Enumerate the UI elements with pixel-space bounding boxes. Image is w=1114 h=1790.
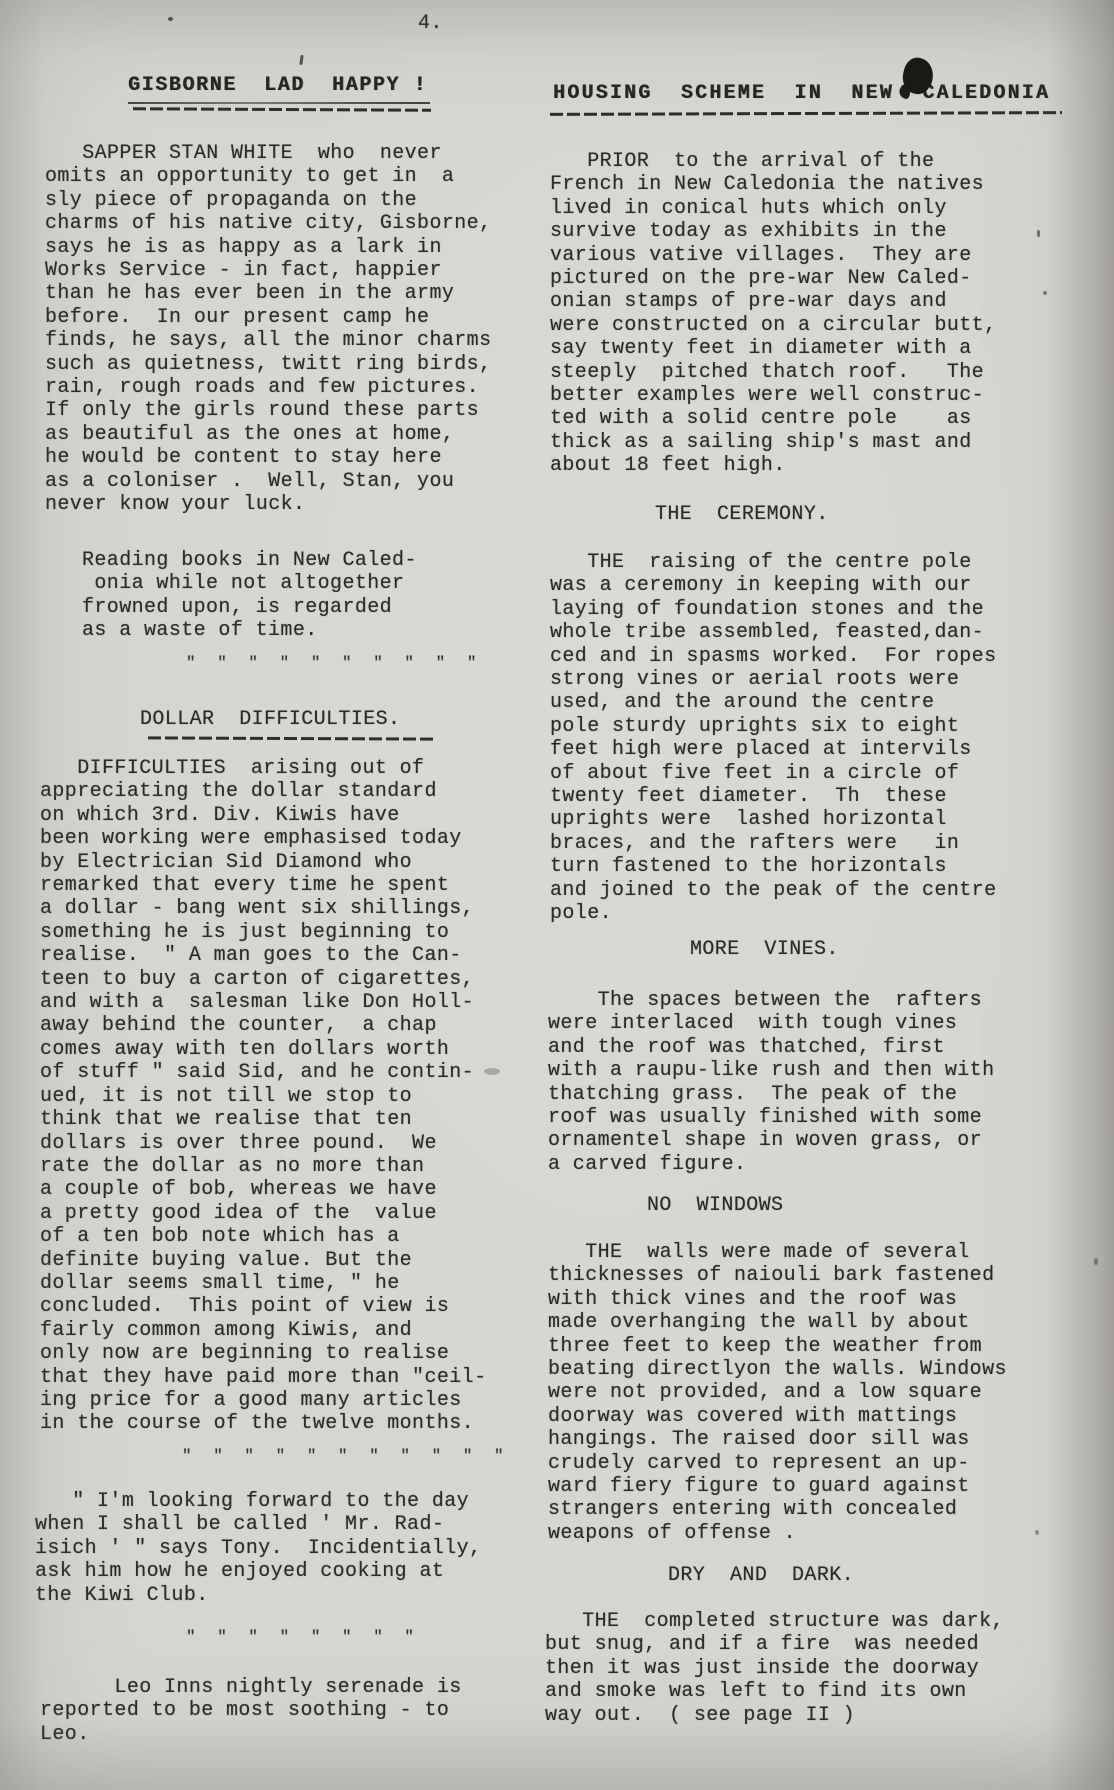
ink-speck bbox=[168, 17, 173, 21]
dry-and-dark-heading: DRY AND DARK. bbox=[668, 1564, 854, 1587]
right-column-title: HOUSING SCHEME IN NEW CALEDONIA bbox=[553, 82, 1050, 105]
section-divider: " " " " " " " " " " bbox=[186, 652, 482, 675]
leo-inns-paragraph: Leo Inns nightly serenade is reported to… bbox=[40, 1676, 462, 1746]
section-divider: " " " " " " " " " " " bbox=[182, 1445, 510, 1468]
ink-speck bbox=[1094, 1258, 1098, 1265]
ink-speck bbox=[1043, 291, 1047, 295]
ceremony-paragraph: THE raising of the centre pole was a cer… bbox=[550, 551, 996, 926]
structure-paragraph: THE completed structure was dark, but sn… bbox=[545, 1610, 1004, 1727]
page-number: 4. bbox=[418, 12, 443, 35]
vines-paragraph: The spaces between the rafters were inte… bbox=[548, 989, 994, 1176]
ink-speck bbox=[1035, 1530, 1039, 1535]
section-divider: " " " " " " " " bbox=[186, 1626, 420, 1649]
article-dollar-paragraph: DIFFICULTIES arising out of appreciating… bbox=[40, 757, 486, 1436]
article-prior-paragraph: PRIOR to the arrival of the French in Ne… bbox=[550, 150, 996, 478]
radisich-paragraph: " I'm looking forward to the day when I … bbox=[35, 1490, 481, 1607]
dollar-difficulties-heading: DOLLAR DIFFICULTIES. bbox=[140, 708, 400, 731]
ink-speck bbox=[1037, 230, 1040, 237]
article-gisborne-paragraph: SAPPER STAN WHITE who never omits an opp… bbox=[45, 142, 491, 517]
reading-books-note: Reading books in New Caled- onia while n… bbox=[82, 549, 417, 643]
scanned-newsletter-page: 4. GISBORNE LAD HAPPY ! SAPPER STAN WHIT… bbox=[0, 0, 1114, 1790]
right-title-underline bbox=[550, 111, 1062, 116]
left-title-underline bbox=[128, 102, 430, 104]
more-vines-heading: MORE VINES. bbox=[690, 938, 839, 961]
no-windows-heading: NO WINDOWS bbox=[647, 1194, 783, 1217]
dollar-heading-underline bbox=[148, 736, 436, 740]
walls-paragraph: THE walls were made of several thickness… bbox=[548, 1241, 1007, 1545]
ceremony-heading: THE CEREMONY. bbox=[655, 503, 829, 526]
ink-speck bbox=[299, 55, 303, 65]
left-column-title: GISBORNE LAD HAPPY ! bbox=[128, 74, 427, 97]
left-title-underline-dashed bbox=[133, 107, 431, 112]
